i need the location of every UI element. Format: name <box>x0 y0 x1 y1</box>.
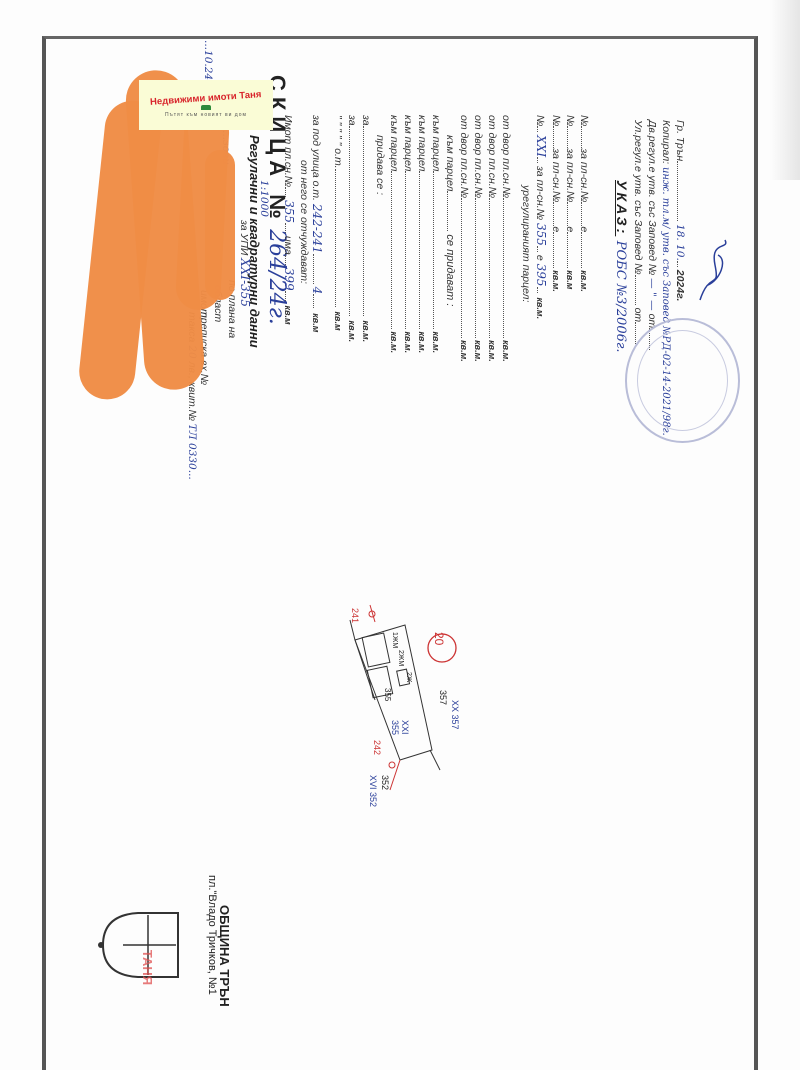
no-label: № <box>534 115 546 126</box>
parcel-line: към парцелкв.м. <box>416 115 428 353</box>
to-parcel-label: към парцел <box>444 135 456 191</box>
unit: кв.м. <box>487 340 497 362</box>
unit: кв.м. <box>361 321 371 343</box>
parcel-line: към парцелкв.м. <box>402 115 414 353</box>
e-label: е <box>550 226 562 232</box>
ukaz-line: Гр. Трън 18. 10. 2024г. <box>674 120 686 301</box>
parcel-sketch <box>330 600 470 810</box>
street-label: за под улица о.т. <box>310 115 322 201</box>
za-line: за кв.м. <box>360 115 372 342</box>
unit: кв.м. <box>347 321 357 343</box>
ot-label: от <box>632 308 644 323</box>
crest-watermark: ТАНЯ <box>140 950 155 985</box>
yard-label: от двор пл.сн.№ <box>472 115 484 198</box>
e-label: е <box>578 226 590 232</box>
no-label: № <box>564 115 576 126</box>
neighbor-label: XX 357 <box>450 700 460 730</box>
redaction-scribble <box>205 150 235 300</box>
ditto-line: " " " " " о.т. кв.м <box>332 115 344 331</box>
unit: кв.м <box>333 311 343 330</box>
ukaz-label: Ул.регул.е утв. със Заповед № <box>632 120 644 275</box>
for-label: за пл-сн.№ <box>578 148 590 202</box>
za-line: за кв.м. <box>346 115 358 342</box>
circle-number: 20 <box>432 632 446 645</box>
parcel-line: към парцелкв.м. <box>388 115 400 353</box>
street-line: за под улица о.т. 242-241 4 кв.м <box>310 115 324 332</box>
yard-label: от двор пл.сн.№ <box>500 115 512 198</box>
signature <box>690 230 740 310</box>
property-area-value: 399 <box>282 268 296 291</box>
neighbor-label: XVI 352 <box>368 775 378 807</box>
building-label: 2Ж <box>405 672 412 682</box>
unit: кв.м. <box>459 340 469 362</box>
property-number: 355 <box>282 200 296 223</box>
no-label: № <box>550 115 562 126</box>
unit: кв.м. <box>501 340 511 362</box>
official-stamp <box>625 318 740 443</box>
unit: кв.м. <box>431 331 441 353</box>
survey-point: 241 <box>350 608 360 623</box>
property-area-line: Имот пл.сн.№ 355 има 399 кв.м <box>282 115 296 325</box>
yard-line: от двор пл.сн.№кв.м. <box>500 115 512 362</box>
for-label: за пл-сн.№ <box>564 148 576 202</box>
regulated-plot: 355 <box>534 223 548 246</box>
e-label: е <box>534 255 546 261</box>
parcel-label: към парцел <box>388 115 400 171</box>
parcel-line: към парцелкв.м. <box>430 115 442 353</box>
regulated-line: №за пл-сн.№екв.м. <box>550 115 562 292</box>
issue-date: 18. 10. <box>674 224 686 261</box>
unit: кв.м. <box>417 331 427 353</box>
ukaz-heading-line: УКАЗ: РОБС №3/2006г. <box>612 180 630 353</box>
building-label: 2ЖМ <box>397 650 404 666</box>
street-value: 242-241 <box>310 204 324 254</box>
ukaz-line: Ул.регул.е утв. със Заповед № от <box>632 120 644 344</box>
unit: кв.м <box>565 270 575 289</box>
unit: кв.м. <box>403 331 413 353</box>
unit: кв.м <box>283 306 293 325</box>
regulated-heading: урегулираният парцел: <box>520 185 532 302</box>
yard-line: от двор пл.сн.№кв.м. <box>472 115 484 362</box>
ukaz-ditto: — " — <box>646 278 658 311</box>
page-edge-shadow <box>770 0 800 180</box>
for-label: за пл-сн.№ <box>550 148 562 202</box>
added-heading: придава се : <box>374 135 386 195</box>
house-icon <box>201 105 211 110</box>
za-label: за <box>346 115 358 126</box>
neighbor-label: 352 <box>380 775 390 790</box>
building-label: 355 <box>383 688 392 701</box>
yard-line: от двор пл.сн.№кв.м. <box>486 115 498 362</box>
yard-label: от двор пл.сн.№ <box>458 115 470 198</box>
survey-point: 242 <box>372 740 382 755</box>
ukaz-line: Дв.регул.е утв. със Заповед № — " — от <box>646 120 658 350</box>
for-label: за пл-сн.№ <box>534 166 546 220</box>
to-parcel-suffix: се придават : <box>444 234 456 306</box>
agency-logo: Недвижими имоти Таня Пътят към новият ви… <box>139 80 273 130</box>
parcel-label: към парцел <box>416 115 428 171</box>
unit: кв.м. <box>535 297 545 319</box>
neighbor-label: 357 <box>438 690 448 705</box>
regulated-line: №за пл-сн.№екв.м. <box>578 115 590 292</box>
regulated-line: №за пл-сн.№екв.м <box>564 115 576 289</box>
parcel-label: към парцел <box>430 115 442 171</box>
parcel-label: към парцел <box>402 115 414 171</box>
municipality-name: ОБЩИНА ТРЪН <box>217 905 232 1007</box>
regulation-heading: Регулачни и квадратурни данни <box>247 135 262 348</box>
regulated-area: 395 <box>534 264 548 287</box>
e-label: е <box>564 226 576 232</box>
plot-number: 355 <box>390 720 400 735</box>
unit: кв.м <box>311 313 321 332</box>
za-label: за <box>360 115 372 126</box>
yard-label: от двор пл.сн.№ <box>486 115 498 198</box>
unit: кв.м. <box>579 270 589 292</box>
to-parcel-line: към парцел се придават : <box>444 135 456 306</box>
ukaz-value: РОБС №3/2006г. <box>613 241 628 353</box>
yard-line: от двор пл.сн.№кв.м. <box>458 115 470 362</box>
parcel-label: XXI <box>400 720 410 735</box>
ukaz-label: Дв.регул.е утв. със Заповед № <box>646 120 658 275</box>
municipality-address: пл."Владо Тричков, №1 <box>206 875 218 995</box>
ditto-label: " " " " " о.т. <box>332 115 344 169</box>
property-area-label: Имот пл.сн.№ <box>282 115 294 187</box>
regulated-line: № XXI за пл-сн.№ 355 е 395 кв.м. <box>534 115 548 319</box>
no-label: № <box>578 115 590 126</box>
receipt-value: ТЛ 0330... <box>186 424 198 480</box>
unit: кв.м. <box>473 340 483 362</box>
has-label: има <box>282 236 294 255</box>
town-label: Гр. Трън <box>674 120 686 161</box>
deducted-heading: от него се отчуждават: <box>298 160 310 284</box>
building-label: 1ЖМ <box>391 632 398 648</box>
ukaz-title: УКАЗ: <box>614 180 630 236</box>
agency-tagline: Пътят към новият ви дом <box>165 112 247 118</box>
unit: кв.м. <box>551 270 561 292</box>
ukaz-label: Копирал: <box>660 120 672 164</box>
unit: кв.м. <box>389 331 399 353</box>
regulated-no: XXI <box>534 135 548 157</box>
issue-year: 2024г. <box>674 270 686 302</box>
street-area: 4 <box>310 287 324 295</box>
